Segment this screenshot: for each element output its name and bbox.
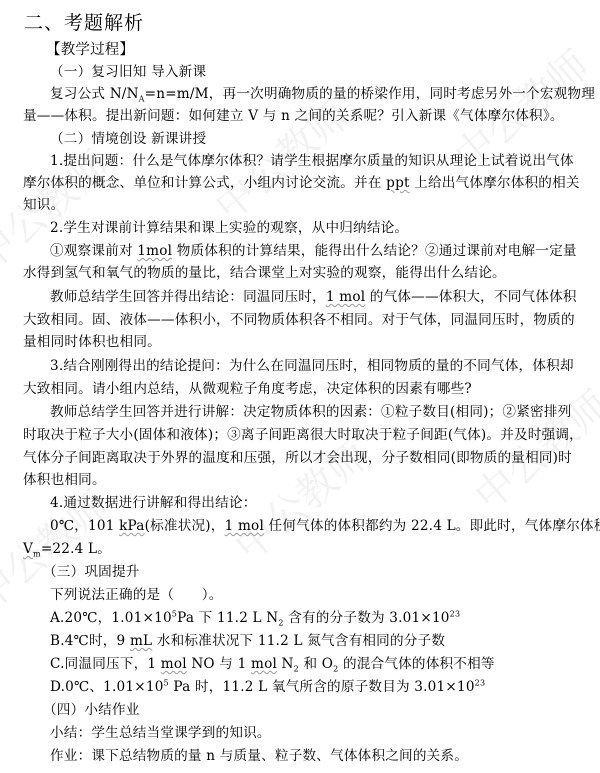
paragraph-line: 体积也相同。	[23, 470, 106, 490]
paragraph-line: 气体分子间距离取决于外界的温度和压强，所以才会出现，分子数相同(即物质的量相同)…	[23, 448, 572, 468]
subsection-4-title: （四）小结作业	[43, 700, 140, 720]
paragraph-line: 0℃，101 kPa(标准状况)，1 mol 任何气体的体积都约为 22.4 L…	[50, 516, 600, 536]
paragraph-line: 水得到氢气和氧气的物质的量比，结合课堂上对实验的观察，能得出什么结论。	[23, 263, 506, 283]
summary-line: 小结：学生总结当堂课学到的知识。	[50, 723, 271, 743]
paragraph-line: 量——体积。提出新问题：如何建立 V 与 n 之间的关系呢？引入新课《气体摩尔体…	[23, 106, 564, 126]
paragraph-line: 量相同时体积也相同。	[23, 332, 161, 352]
homework-line: 作业：课下总结物质的量 n 与质量、粒子数、气体体积之间的关系。	[50, 746, 468, 766]
paragraph-line: 2.学生对课前计算结果和课上实验的观察，从中归纳结论。	[50, 218, 408, 238]
paragraph-line: 3.结合刚刚得出的结论提问：为什么在同温同压时，相同物质的量的不同气体，体积却	[50, 356, 574, 376]
paragraph-line: 知识。	[23, 195, 64, 215]
section-title: 二、考题解析	[24, 8, 144, 35]
paragraph-line: 摩尔体积的概念、单位和计算公式，小组内讨论交流。并在 ppt 上给出气体摩尔体积…	[23, 173, 580, 193]
paragraph-line: 1.提出问题：什么是气体摩尔体积？请学生根据摩尔质量的知识从理论上试着说出气体	[50, 151, 574, 171]
subsection-1-title: （一）复习旧知 导入新课	[50, 62, 206, 82]
option-b: B.4℃时，9 mL 水和标准状况下 11.2 L 氮气含有相同的分子数	[50, 631, 445, 651]
paragraph-line: 教师总结学生回答并得出结论：同温同压时，1 mol 的气体——体积大，不同气体体…	[50, 287, 577, 307]
option-c: C.同温同压下，1 mol NO 与 1 mol N2 和 O2 的混合气体的体…	[50, 654, 495, 674]
subsection-3-title: （三）巩固提升	[43, 562, 140, 582]
option-d: D.0℃、1.01×105 Pa 时，11.2 L 氧气所含的原子数目为 3.0…	[50, 677, 485, 697]
paragraph-line: 4.通过数据进行讲解和得出结论：	[50, 493, 256, 513]
paragraph-line: ①观察课前对 1mol 物质体积的计算结果，能得出什么结论？②通过课前对电解一定…	[50, 241, 577, 261]
paragraph-line: 复习公式 N/NA=n=m/M，再一次明确物质的量的桥梁作用，同时考虑另外一个宏…	[50, 84, 595, 104]
paragraph-line: 大致相同。请小组内总结，从微观粒子角度考虑，决定体积的因素有哪些?	[23, 379, 472, 399]
paragraph-line: 教师总结学生回答并进行讲解：决定物质体积的因素：①粒子数目(相同)；②紧密排列	[50, 402, 571, 422]
paragraph-line: 大致相同。固、液体——体积小，不同物质体积各不相同。对于气体，同温同压时，物质的	[23, 310, 575, 330]
question-stem: 下列说法正确的是（ ）。	[50, 585, 223, 605]
paragraph-line: Vm=22.4 L。	[23, 539, 111, 559]
heading-teaching-process: 【教学过程】	[46, 40, 134, 60]
paragraph-line: 时取决于粒子大小(固体和液体)；③离子间距离很大时取决于粒子间距(气体)。并及时…	[23, 425, 583, 445]
subsection-2-title: （二）情境创设 新课讲授	[50, 129, 206, 149]
option-a: A.20℃，1.01×105Pa 下 11.2 L N2 含有的分子数为 3.0…	[50, 608, 460, 628]
